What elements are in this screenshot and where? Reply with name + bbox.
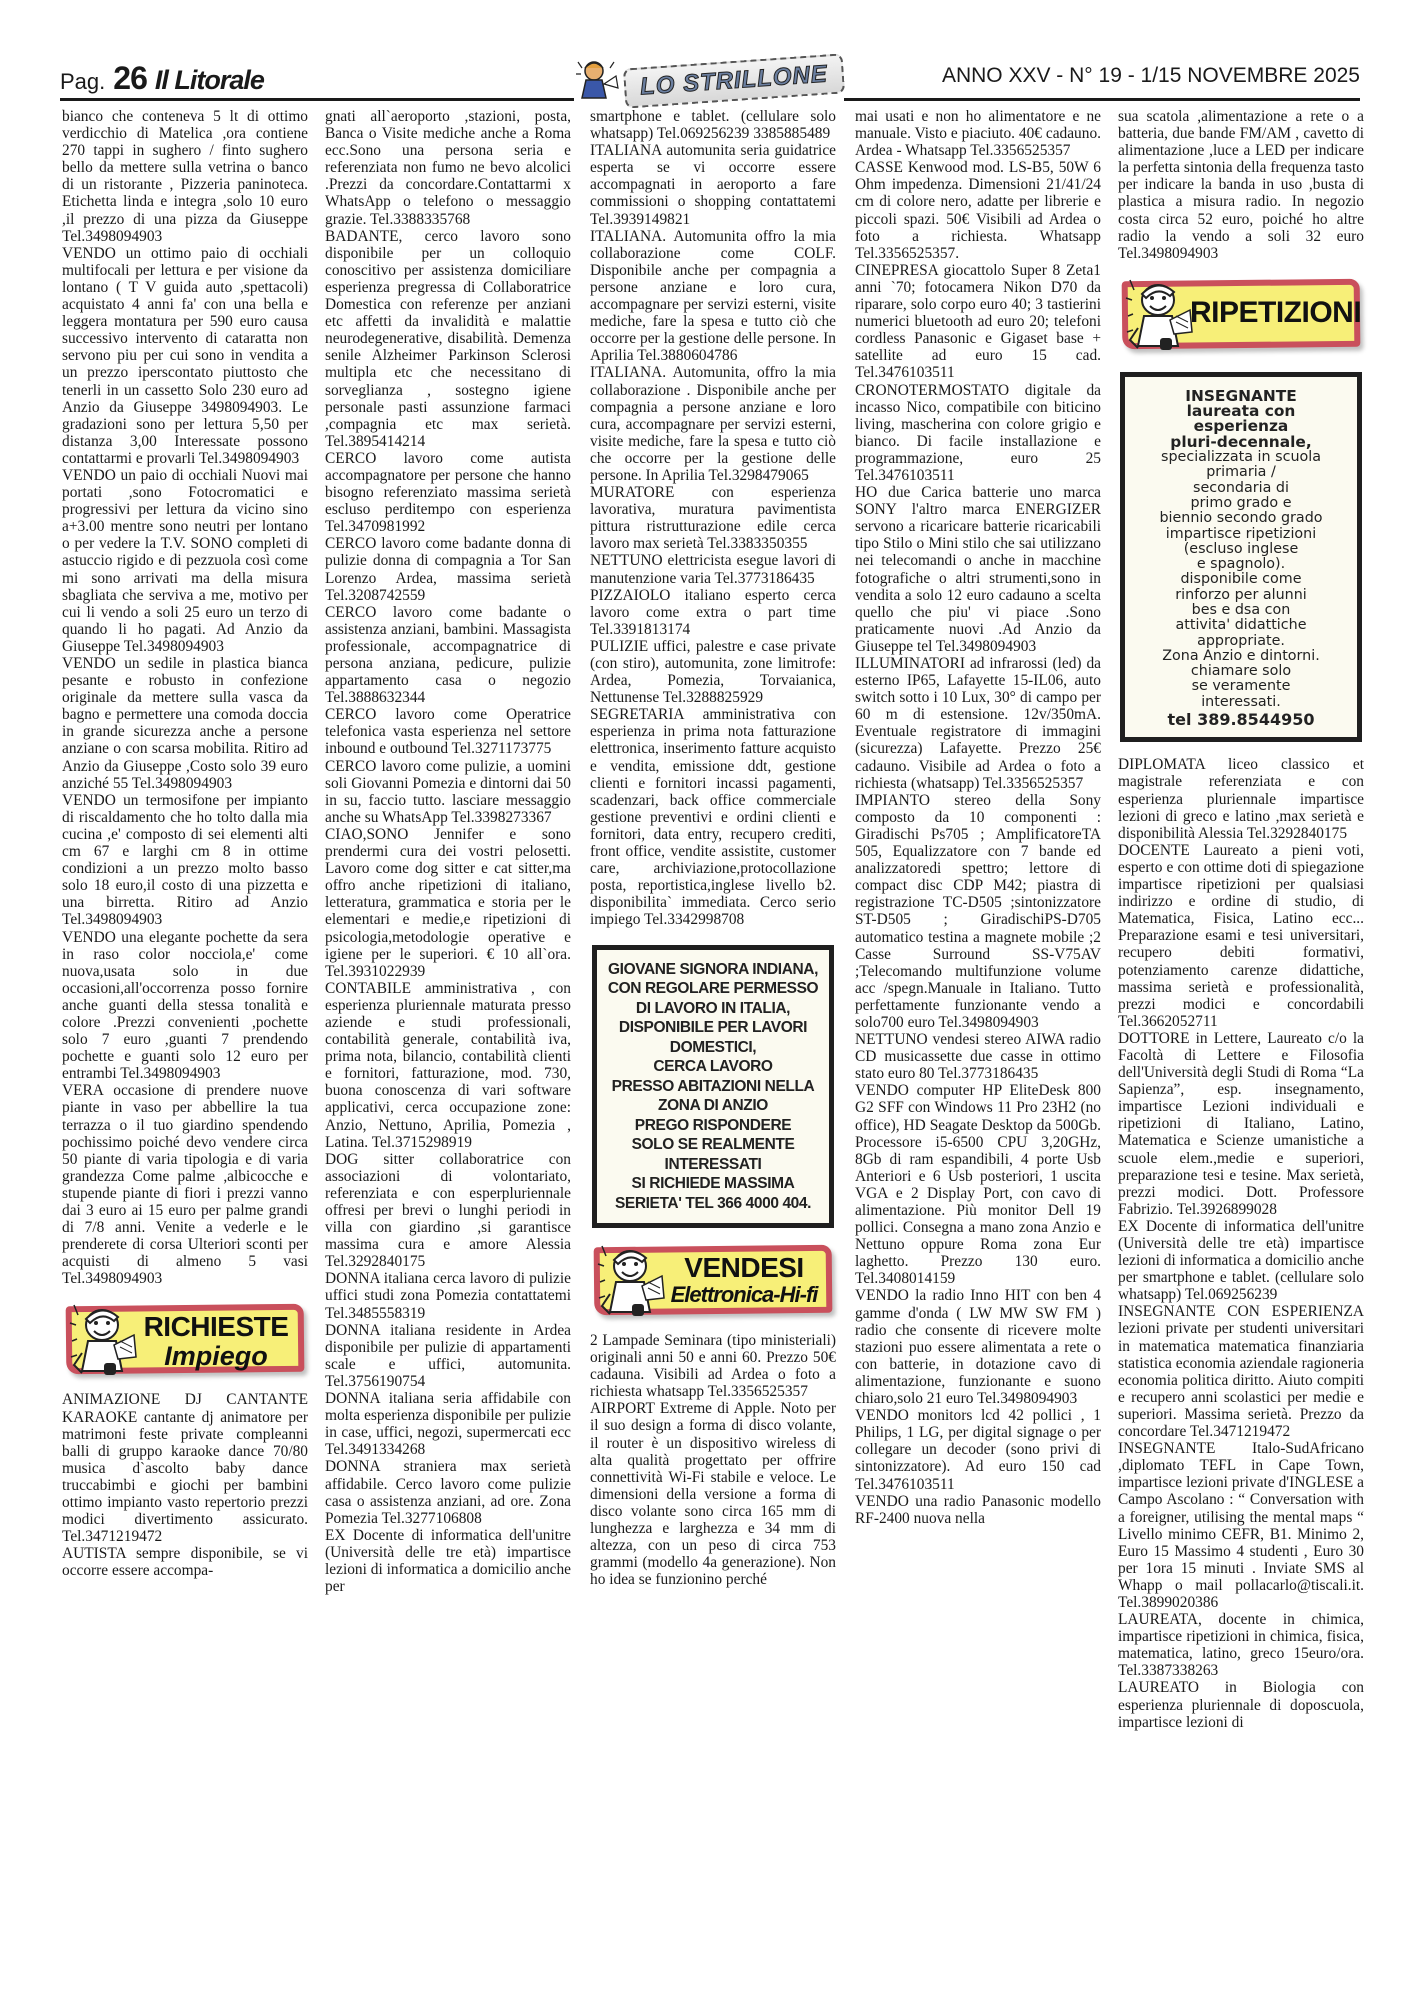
classified-ad: EX Docente di informatica dell'unitre (U…	[325, 1527, 571, 1595]
box-ad-line: interessati.	[1129, 695, 1353, 710]
box-ad-line: DI LAVORO IN ITALIA,	[603, 999, 823, 1019]
ad-list: sua scatola ,alimentazione a rete o a ba…	[1118, 108, 1364, 262]
classified-ad: VENDO monitors lcd 42 pollici , 1 Philip…	[855, 1407, 1101, 1492]
box-ad-line: rinforzo per alunni	[1129, 588, 1353, 603]
column-2: gnati all`aeroporto ,stazioni, posta, Ba…	[325, 108, 571, 1595]
classified-ad: 2 Lampade Seminara (tipo ministeriali) o…	[590, 1332, 836, 1400]
classified-ad: VENDO la radio Inno HIT con ben 4 gamme …	[855, 1287, 1101, 1407]
box-ad-line: attivita' didattiche	[1129, 618, 1353, 633]
classified-ad: BADANTE, cerco lavoro sono disponibile p…	[325, 228, 571, 450]
page-label: Pag.	[60, 69, 105, 95]
box-ad-line: appropriate.	[1129, 634, 1353, 649]
box-ad-line: SERIETA' TEL 366 4000 404.	[603, 1194, 823, 1214]
classified-ad: HO due Carica batterie uno marca SONY l'…	[855, 484, 1101, 655]
page-number: 26	[113, 60, 147, 97]
classified-ad: VENDO un termosifone per impianto di ris…	[62, 792, 308, 929]
banner-title: VENDESI Elettronica-Hi-fi	[662, 1254, 826, 1306]
classified-ad: VENDO un paio di occhiali Nuovi mai port…	[62, 467, 308, 655]
classified-ad: sua scatola ,alimentazione a rete o a ba…	[1118, 108, 1364, 262]
box-ad-line: CERCA LAVORO	[603, 1057, 823, 1077]
box-ad-line: PRESSO ABITAZIONI NELLA	[603, 1077, 823, 1097]
masthead-left: Pag. 26 Il Litorale	[60, 60, 278, 97]
box-ad-line: INTERESSATI	[603, 1155, 823, 1175]
ad-list: bianco che conteneva 5 lt di ottimo verd…	[62, 108, 308, 1287]
box-ad-line: chiamare solo	[1129, 664, 1353, 679]
classified-ad: DONNA italiana residente in Ardea dispon…	[325, 1322, 571, 1390]
ad-list: 2 Lampade Seminara (tipo ministeriali) o…	[590, 1332, 836, 1588]
section-banner-ripetizioni: RIPETIZIONI	[1118, 276, 1364, 356]
section-banner-vendesi-elettronica: VENDESI Elettronica-Hi-fi	[590, 1242, 836, 1322]
classified-ad: DONNA italiana seria affidabile con molt…	[325, 1390, 571, 1458]
classified-ad: INSEGNANTE CON ESPERIENZA lezioni privat…	[1118, 1303, 1364, 1440]
box-ad-line: pluri-decennale,	[1129, 435, 1353, 450]
section-banner-richieste-impiego: RICHIESTE Impiego	[62, 1301, 308, 1381]
column-4: mai usati e non ho alimentatore e ne man…	[855, 108, 1101, 1527]
box-ad-line: ZONA DI ANZIO	[603, 1096, 823, 1116]
ad-list: smartphone e tablet. (cellulare solo wha…	[590, 108, 836, 929]
classified-ad: ANIMAZIONE DJ CANTANTE KARAOKE cantante …	[62, 1391, 308, 1545]
box-ad-line: SOLO SE REALMENTE	[603, 1135, 823, 1155]
classified-ad: INSEGNANTE Italo-SudAfricano ,diplomato …	[1118, 1440, 1364, 1611]
box-ad-line: PREGO RISPONDERE	[603, 1116, 823, 1136]
strillone-logo: LO STRILLONE	[574, 50, 844, 112]
classified-ad: EX Docente di informatica dell'unitre (U…	[1118, 1218, 1364, 1303]
classified-ad: mai usati e non ho alimentatore e ne man…	[855, 108, 1101, 159]
column-3: smartphone e tablet. (cellulare solo wha…	[590, 108, 836, 1588]
banner-line-1: VENDESI	[662, 1254, 826, 1282]
classified-ad: smartphone e tablet. (cellulare solo wha…	[590, 108, 836, 142]
box-ad-phone: tel 389.8544950	[1129, 712, 1353, 727]
classified-ad: DONNA straniera max serietà affidabile. …	[325, 1458, 571, 1526]
box-ad-line: impartisce ripetizioni	[1129, 527, 1353, 542]
classified-ad: VENDO una radio Panasonic modello RF-240…	[855, 1493, 1101, 1527]
classified-ad: CONTABILE amministrativa , con esperienz…	[325, 980, 571, 1151]
classified-ad: IMPIANTO stereo della Sony composto da 1…	[855, 792, 1101, 1031]
classified-ad: CIAO,SONO Jennifer e sono prendermi cura…	[325, 826, 571, 980]
ad-list: DIPLOMATA liceo classico et magistrale r…	[1118, 756, 1364, 1730]
box-ad-line: bes e dsa con	[1129, 603, 1353, 618]
publication-title: Il Litorale	[155, 65, 264, 96]
boxed-ad-insegnante: INSEGNANTElaureata conesperienzapluri-de…	[1120, 372, 1362, 743]
box-ad-line: Zona Anzio e dintorni.	[1129, 649, 1353, 664]
ad-list: gnati all`aeroporto ,stazioni, posta, Ba…	[325, 108, 571, 1595]
classified-ad: ITALIANA. Automunita, offro la mia colla…	[590, 364, 836, 484]
newsboy-mascot-icon	[596, 1242, 666, 1320]
masthead: Pag. 26 Il Litorale LO STRILLONE ANNO XX…	[60, 58, 1360, 102]
box-ad-heading: INSEGNANTElaureata conesperienzapluri-de…	[1129, 389, 1353, 450]
boxed-ad-domestic-work: GIOVANE SIGNORA INDIANA,CON REGOLARE PER…	[592, 945, 834, 1229]
classified-ad: MURATORE con esperienza lavorativa, mura…	[590, 484, 836, 552]
box-ad-line: GIOVANE SIGNORA INDIANA,	[603, 960, 823, 980]
classified-ad: ILLUMINATORI ad infrarossi (led) da este…	[855, 655, 1101, 792]
box-ad-line: primaria /	[1129, 465, 1353, 480]
ad-list: mai usati e non ho alimentatore e ne man…	[855, 108, 1101, 1527]
box-ad-line: se veramente	[1129, 679, 1353, 694]
logo-text: LO STRILLONE	[623, 53, 845, 108]
classified-ad: SEGRETARIA amministrativa con esperienza…	[590, 706, 836, 928]
box-ad-line: primo grado e	[1129, 496, 1353, 511]
classified-ad: DOG sitter collaboratrice con associazio…	[325, 1151, 571, 1271]
classified-ad: CERCO lavoro come Operatrice telefonica …	[325, 706, 571, 757]
classified-ad: CERCO lavoro come autista accompagnatore…	[325, 450, 571, 535]
classified-ad: NETTUNO vendesi stereo AIWA radio CD mus…	[855, 1031, 1101, 1082]
classified-ad: DIPLOMATA liceo classico et magistrale r…	[1118, 756, 1364, 841]
newsboy-mascot-icon	[1124, 276, 1194, 354]
classified-ad: CINEPRESA giocattolo Super 8 Zeta1 anni …	[855, 262, 1101, 382]
classified-ad: VENDO computer HP EliteDesk 800 G2 SFF c…	[855, 1082, 1101, 1287]
banner-line-2: Elettronica-Hi-fi	[662, 1284, 826, 1306]
box-ad-line: SI RICHIEDE MASSIMA	[603, 1174, 823, 1194]
newsboy-mascot-icon	[68, 1301, 138, 1379]
banner-line-1: RIPETIZIONI	[1190, 298, 1354, 328]
classified-ad: VERA occasione di prendere nuove piante …	[62, 1082, 308, 1287]
classified-ad: DONNA italiana cerca lavoro di pulizie u…	[325, 1270, 571, 1321]
banner-line-1: RICHIESTE	[134, 1313, 298, 1341]
classified-ad: LAUREATO in Biologia con esperienza plur…	[1118, 1679, 1364, 1730]
box-ad-line: biennio secondo grado	[1129, 511, 1353, 526]
classified-ad: CRONOTERMOSTATO digitale da incasso Nico…	[855, 382, 1101, 485]
classified-ad: AUTISTA sempre disponibile, se vi occorr…	[62, 1545, 308, 1579]
classified-ad: PULIZIE uffici, palestre e case private …	[590, 638, 836, 706]
classified-ad: VENDO un ottimo paio di occhiali multifo…	[62, 245, 308, 467]
classified-ad: DOTTORE in Lettere, Laureato c/o la Faco…	[1118, 1030, 1364, 1218]
classified-ad: gnati all`aeroporto ,stazioni, posta, Ba…	[325, 108, 571, 228]
ad-list: ANIMAZIONE DJ CANTANTE KARAOKE cantante …	[62, 1391, 308, 1579]
classified-ad: CERCO lavoro come pulizie, a uomini soli…	[325, 758, 571, 826]
classified-ad: CERCO lavoro come badante o assistenza a…	[325, 604, 571, 707]
box-ad-line: disponibile come	[1129, 572, 1353, 587]
box-ad-line: (escluso inglese	[1129, 542, 1353, 557]
box-ad-body: specializzata in scuolaprimaria /seconda…	[1129, 450, 1353, 710]
column-1: bianco che conteneva 5 lt di ottimo verd…	[62, 108, 308, 1580]
column-5: sua scatola ,alimentazione a rete o a ba…	[1118, 108, 1364, 1731]
classified-ad: CASSE Kenwood mod. LS-B5, 50W 6 Ohm impe…	[855, 159, 1101, 262]
classified-ad: AIRPORT Extreme di Apple. Noto per il su…	[590, 1400, 836, 1588]
classified-ad: VENDO un sedile in plastica bianca pesan…	[62, 655, 308, 792]
issue-info: ANNO XXV - N° 19 - 1/15 NOVEMBRE 2025	[928, 64, 1360, 88]
banner-title: RICHIESTE Impiego	[134, 1313, 298, 1370]
box-ad-line: DISPONIBILE PER LAVORI	[603, 1018, 823, 1038]
classified-ad: ITALIANA automunita seria guidatrice esp…	[590, 142, 836, 227]
classified-ad: DOCENTE Laureato a pieni voti, esperto e…	[1118, 842, 1364, 1030]
banner-line-2: Impiego	[134, 1343, 298, 1370]
box-ad-line: CON REGOLARE PERMESSO	[603, 979, 823, 999]
classified-ad: LAUREATA, docente in chimica, impartisce…	[1118, 1611, 1364, 1679]
classified-ad: ITALIANA. Automunita offro la mia collab…	[590, 228, 836, 365]
box-ad-line: secondaria di	[1129, 481, 1353, 496]
classified-ad: bianco che conteneva 5 lt di ottimo verd…	[62, 108, 308, 245]
newsboy-mascot-icon	[574, 58, 620, 104]
classified-ad: NETTUNO elettricista esegue lavori di ma…	[590, 552, 836, 586]
box-ad-line: e spagnolo).	[1129, 557, 1353, 572]
classified-ad: PIZZAIOLO italiano esperto cerca lavoro …	[590, 587, 836, 638]
classified-ad: CERCO lavoro come badante donna di puliz…	[325, 535, 571, 603]
banner-title: RIPETIZIONI	[1190, 298, 1354, 328]
box-ad-line: specializzata in scuola	[1129, 450, 1353, 465]
box-ad-line: DOMESTICI,	[603, 1038, 823, 1058]
classified-ad: VENDO una elegante pochette da sera in r…	[62, 929, 308, 1083]
